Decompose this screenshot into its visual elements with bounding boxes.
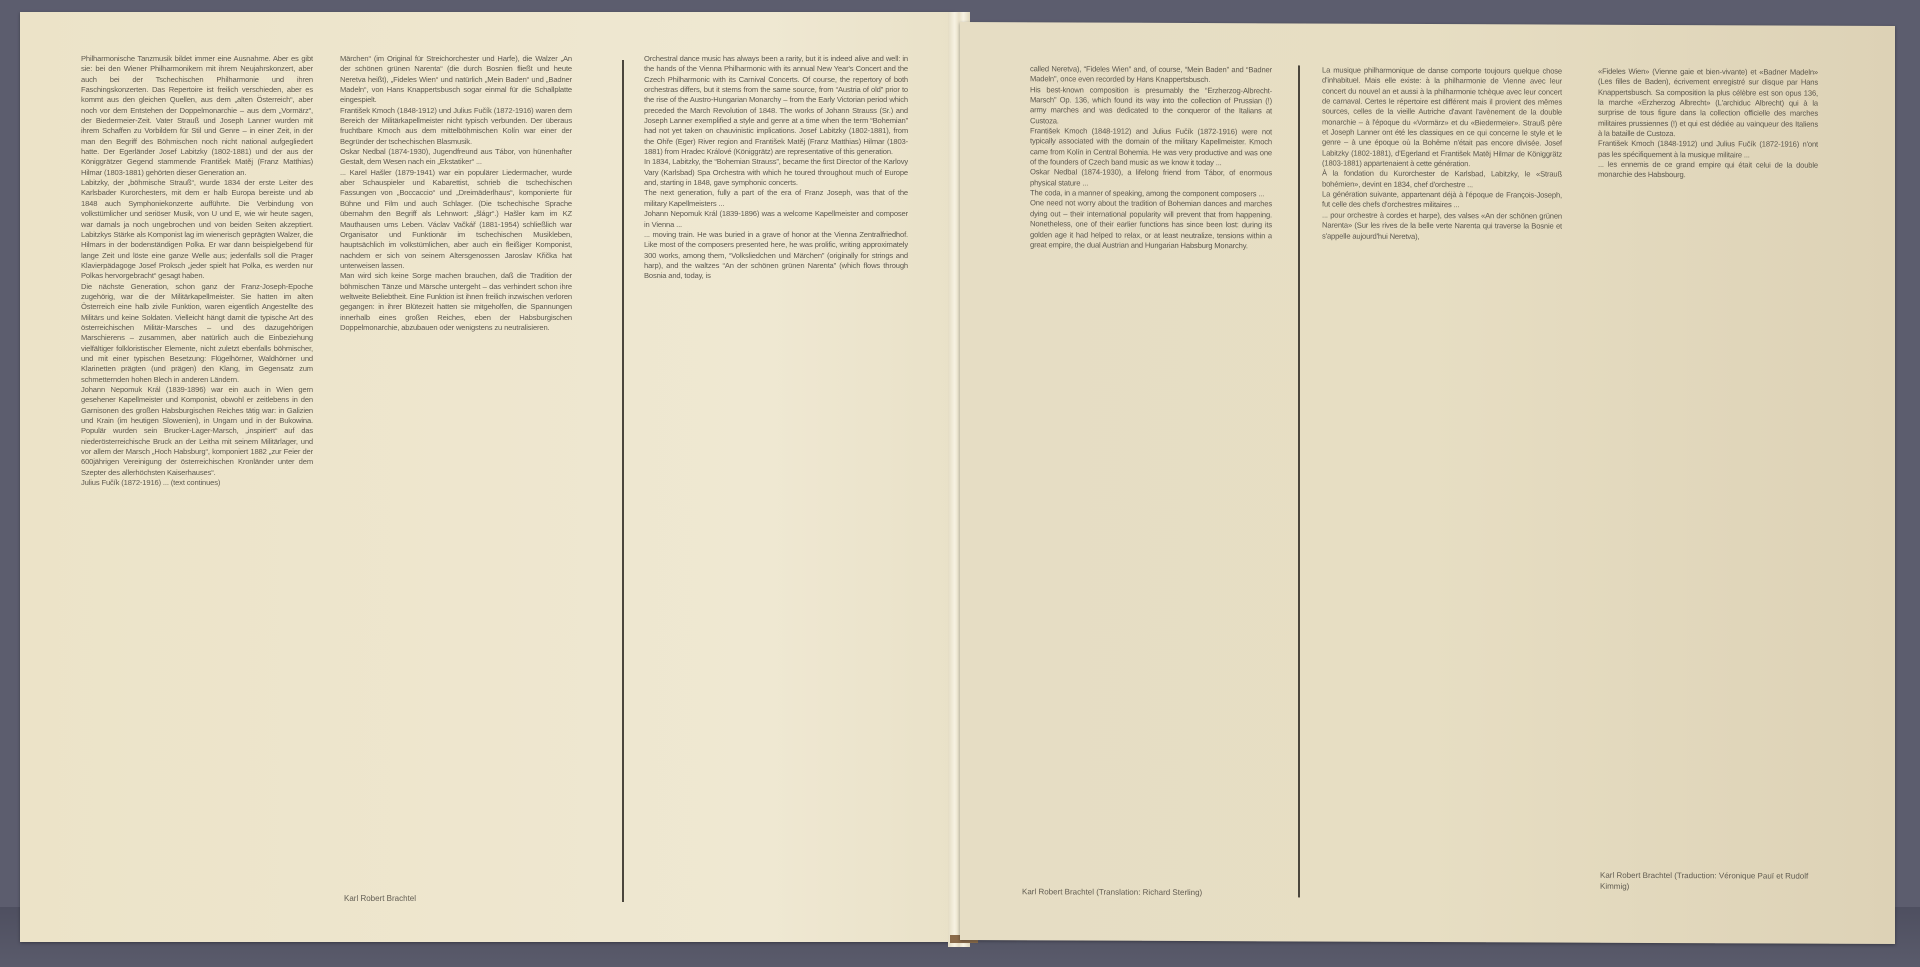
paragraph: Man wird sich keine Sorge machen brauche…: [340, 271, 572, 333]
paragraph: «Fideles Wien» (Vienne gaie et bien-viva…: [1598, 67, 1818, 140]
paragraph: Philharmonische Tanzmusik bildet immer e…: [81, 54, 313, 178]
paragraph: called Neretva), “Fideles Wien” and, of …: [1030, 64, 1272, 86]
paragraph: His best-known composition is presumably…: [1030, 85, 1272, 127]
paragraph: Johann Nepomuk Král (1839-1896) war ein …: [81, 385, 313, 478]
column-divider: [622, 60, 624, 902]
paragraph: ... pour orchestre à cordes et harpe), d…: [1322, 210, 1562, 242]
paragraph: ... les ennemis de ce grand empire qui é…: [1598, 160, 1818, 182]
german-text-column-2: Märchen“ (im Original für Streichorchest…: [340, 54, 572, 894]
paragraph: Oskar Nedbal (1874-1930), a lifelong fri…: [1030, 168, 1272, 190]
english-text-column-2: called Neretva), “Fideles Wien” and, of …: [1030, 64, 1272, 885]
french-text-column-2: «Fideles Wien» (Vienne gaie et bien-viva…: [1598, 67, 1818, 848]
paragraph: Orchestral dance music has always been a…: [644, 54, 908, 157]
author-signature: Karl Robert Brachtel: [344, 894, 416, 903]
paragraph: František Kmoch (1848-1912) and Julius F…: [1030, 126, 1272, 168]
paragraph: La génération suivante, appartenant déjà…: [1322, 190, 1562, 212]
paragraph: One need not worry about the tradition o…: [1030, 199, 1272, 252]
author-translator-signature: Karl Robert Brachtel (Translation: Richa…: [1022, 887, 1202, 897]
french-text-column-1: La musique philharmonique de danse compo…: [1322, 66, 1562, 917]
paragraph: Johann Nepomuk Král (1839-1896) was a we…: [644, 209, 908, 230]
paragraph: La musique philharmonique de danse compo…: [1322, 66, 1562, 170]
english-text-column-1: Orchestral dance music has always been a…: [644, 54, 908, 909]
paragraph: Oskar Nedbal (1874-1930), Jugendfreund a…: [340, 147, 572, 168]
paragraph: ... moving train. He was buried in a gra…: [644, 230, 908, 282]
paragraph: ... Karel Hašler (1879-1941) war ein pop…: [340, 168, 572, 271]
author-translator-signature-fr: Karl Robert Brachtel (Traduction: Véroni…: [1600, 870, 1810, 893]
paragraph: In 1834, Labitzky, the “Bohemian Strauss…: [644, 157, 908, 188]
german-text-column-1: Philharmonische Tanzmusik bildet immer e…: [81, 54, 313, 914]
paragraph: Märchen“ (im Original für Streichorchest…: [340, 54, 572, 106]
paragraph: The next generation, fully a part of the…: [644, 188, 908, 209]
right-page: called Neretva), “Fideles Wien” and, of …: [960, 22, 1895, 944]
paragraph: Die nächste Generation, schon ganz der F…: [81, 282, 313, 385]
paragraph: À la fondation du Kurorchester de Karlsb…: [1322, 169, 1562, 191]
column-divider: [1298, 65, 1300, 897]
paragraph: František Kmoch (1848-1912) und Julius F…: [340, 106, 572, 147]
left-page: Philharmonische Tanzmusik bildet immer e…: [20, 12, 955, 942]
paragraph: Julius Fučík (1872-1916) ... (text conti…: [81, 478, 313, 488]
paragraph: František Kmoch (1848-1912) und Julius F…: [1598, 139, 1818, 161]
paragraph: Labitzky, der „böhmische Strauß“, wurde …: [81, 178, 313, 281]
